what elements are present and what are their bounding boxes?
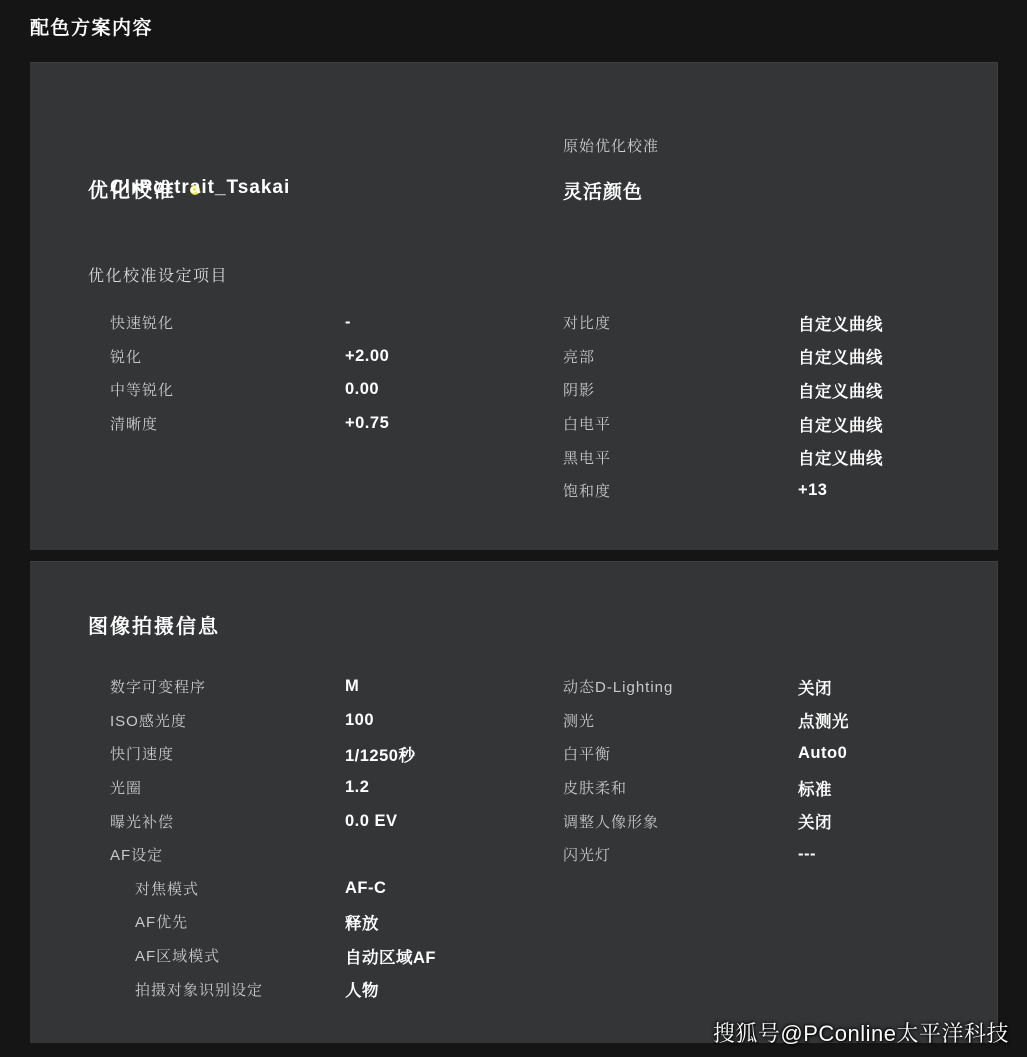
setting-label: 阴影 — [563, 379, 798, 400]
setting-value: 点测光 — [798, 708, 849, 732]
setting-row: AF区域模式自动区域AF — [110, 939, 550, 973]
setting-value: 1/1250秒 — [345, 742, 415, 766]
setting-value: 自定义曲线 — [798, 344, 883, 368]
setting-value: 100 — [345, 711, 374, 730]
setting-label: 饱和度 — [563, 480, 798, 501]
setting-label: 黑电平 — [563, 447, 798, 468]
picture-control-name: ClrPortrait_Tsakai — [110, 177, 290, 199]
setting-label: 曝光补偿 — [110, 811, 345, 832]
shooting-info-right-rows: 动态D-Lighting关闭测光点测光白平衡Auto0皮肤柔和标准调整人像形象关… — [563, 670, 1003, 872]
setting-label: 清晰度 — [110, 413, 345, 434]
setting-row: 拍摄对象识别设定人物 — [110, 972, 550, 1006]
setting-label: 白平衡 — [563, 743, 798, 764]
page-title: 配色方案内容 — [30, 13, 153, 40]
setting-value: 关闭 — [798, 675, 832, 699]
setting-label: 光圈 — [110, 777, 345, 798]
setting-value: 0.0 EV — [345, 812, 398, 831]
setting-row: 测光点测光 — [563, 704, 1003, 738]
sohu-pconline-watermark: 搜狐号@PConline太平洋科技 — [713, 1017, 1009, 1048]
setting-row: 数字可变程序M — [110, 670, 550, 704]
setting-label: 中等锐化 — [110, 379, 345, 400]
setting-label: 调整人像形象 — [563, 811, 798, 832]
setting-label: 测光 — [563, 710, 798, 731]
setting-row: 快速锐化- — [110, 306, 550, 340]
setting-row: 白平衡Auto0 — [563, 737, 1003, 771]
setting-value: 0.00 — [345, 380, 379, 399]
setting-row: 皮肤柔和标准 — [563, 771, 1003, 805]
shooting-info-title: 图像拍摄信息 — [88, 610, 220, 639]
setting-value: 1.2 — [345, 778, 369, 797]
setting-value: - — [345, 313, 351, 332]
setting-row: 曝光补偿0.0 EV — [110, 804, 550, 838]
setting-value: +2.00 — [345, 347, 389, 366]
original-picture-control-label: 原始优化校准 — [563, 135, 659, 156]
setting-row: 中等锐化0.00 — [110, 373, 550, 407]
setting-value: 释放 — [345, 910, 379, 934]
setting-value: +13 — [798, 481, 828, 500]
setting-row: 亮部自定义曲线 — [563, 340, 1003, 374]
setting-row: 饱和度+13 — [563, 474, 1003, 508]
picture-control-settings-header: 优化校准设定项目 — [88, 263, 228, 286]
setting-row: AF优先释放 — [110, 905, 550, 939]
setting-label: AF优先 — [110, 911, 345, 932]
setting-label: ISO感光度 — [110, 710, 345, 731]
setting-label: AF设定 — [110, 844, 345, 865]
picture-control-panel: 优化校准 原始优化校准 ClrPortrait_Tsakai 灵活颜色 优化校准… — [30, 62, 998, 550]
original-picture-control-value: 灵活颜色 — [563, 177, 643, 204]
setting-value: 关闭 — [798, 809, 832, 833]
setting-label: 拍摄对象识别设定 — [110, 979, 345, 1000]
setting-row: 阴影自定义曲线 — [563, 373, 1003, 407]
setting-row: 清晰度+0.75 — [110, 407, 550, 441]
setting-value: M — [345, 677, 359, 696]
setting-label: 快门速度 — [110, 743, 345, 764]
setting-row: 对比度自定义曲线 — [563, 306, 1003, 340]
setting-label: 锐化 — [110, 346, 345, 367]
setting-row: 调整人像形象关闭 — [563, 804, 1003, 838]
setting-row: AF设定 — [110, 838, 550, 872]
setting-label: 对比度 — [563, 312, 798, 333]
setting-row: 动态D-Lighting关闭 — [563, 670, 1003, 704]
setting-value: 自定义曲线 — [798, 378, 883, 402]
picture-control-left-rows: 快速锐化-锐化+2.00中等锐化0.00清晰度+0.75 — [110, 306, 550, 440]
setting-label: 皮肤柔和 — [563, 777, 798, 798]
setting-row: 快门速度1/1250秒 — [110, 737, 550, 771]
setting-row: 白电平自定义曲线 — [563, 407, 1003, 441]
setting-label: 对焦模式 — [110, 878, 345, 899]
setting-value: --- — [798, 845, 816, 864]
setting-value: 自动区域AF — [345, 944, 436, 968]
setting-value: Auto0 — [798, 744, 847, 763]
picture-control-right-rows: 对比度自定义曲线亮部自定义曲线阴影自定义曲线白电平自定义曲线黑电平自定义曲线饱和… — [563, 306, 1003, 508]
shooting-info-panel: 图像拍摄信息 数字可变程序MISO感光度100快门速度1/1250秒光圈1.2曝… — [30, 561, 998, 1043]
setting-label: 白电平 — [563, 413, 798, 434]
setting-value: 自定义曲线 — [798, 412, 883, 436]
setting-row: 闪光灯--- — [563, 838, 1003, 872]
setting-label: 动态D-Lighting — [563, 676, 798, 697]
setting-value: 自定义曲线 — [798, 445, 883, 469]
setting-label: 快速锐化 — [110, 312, 345, 333]
setting-row: 光圈1.2 — [110, 771, 550, 805]
setting-row: 锐化+2.00 — [110, 340, 550, 374]
setting-label: AF区域模式 — [110, 945, 345, 966]
setting-value: AF-C — [345, 879, 386, 898]
setting-label: 闪光灯 — [563, 844, 798, 865]
setting-label: 亮部 — [563, 346, 798, 367]
setting-row: 黑电平自定义曲线 — [563, 440, 1003, 474]
setting-value: 标准 — [798, 776, 832, 800]
shooting-info-left-rows: 数字可变程序MISO感光度100快门速度1/1250秒光圈1.2曝光补偿0.0 … — [110, 670, 550, 1006]
setting-row: ISO感光度100 — [110, 704, 550, 738]
setting-value: 人物 — [345, 977, 379, 1001]
setting-label: 数字可变程序 — [110, 676, 345, 697]
setting-row: 对焦模式AF-C — [110, 872, 550, 906]
setting-value: 自定义曲线 — [798, 311, 883, 335]
setting-value: +0.75 — [345, 414, 389, 433]
settings-screen: 配色方案内容 优化校准 原始优化校准 ClrPortrait_Tsakai 灵活… — [0, 0, 1027, 1057]
